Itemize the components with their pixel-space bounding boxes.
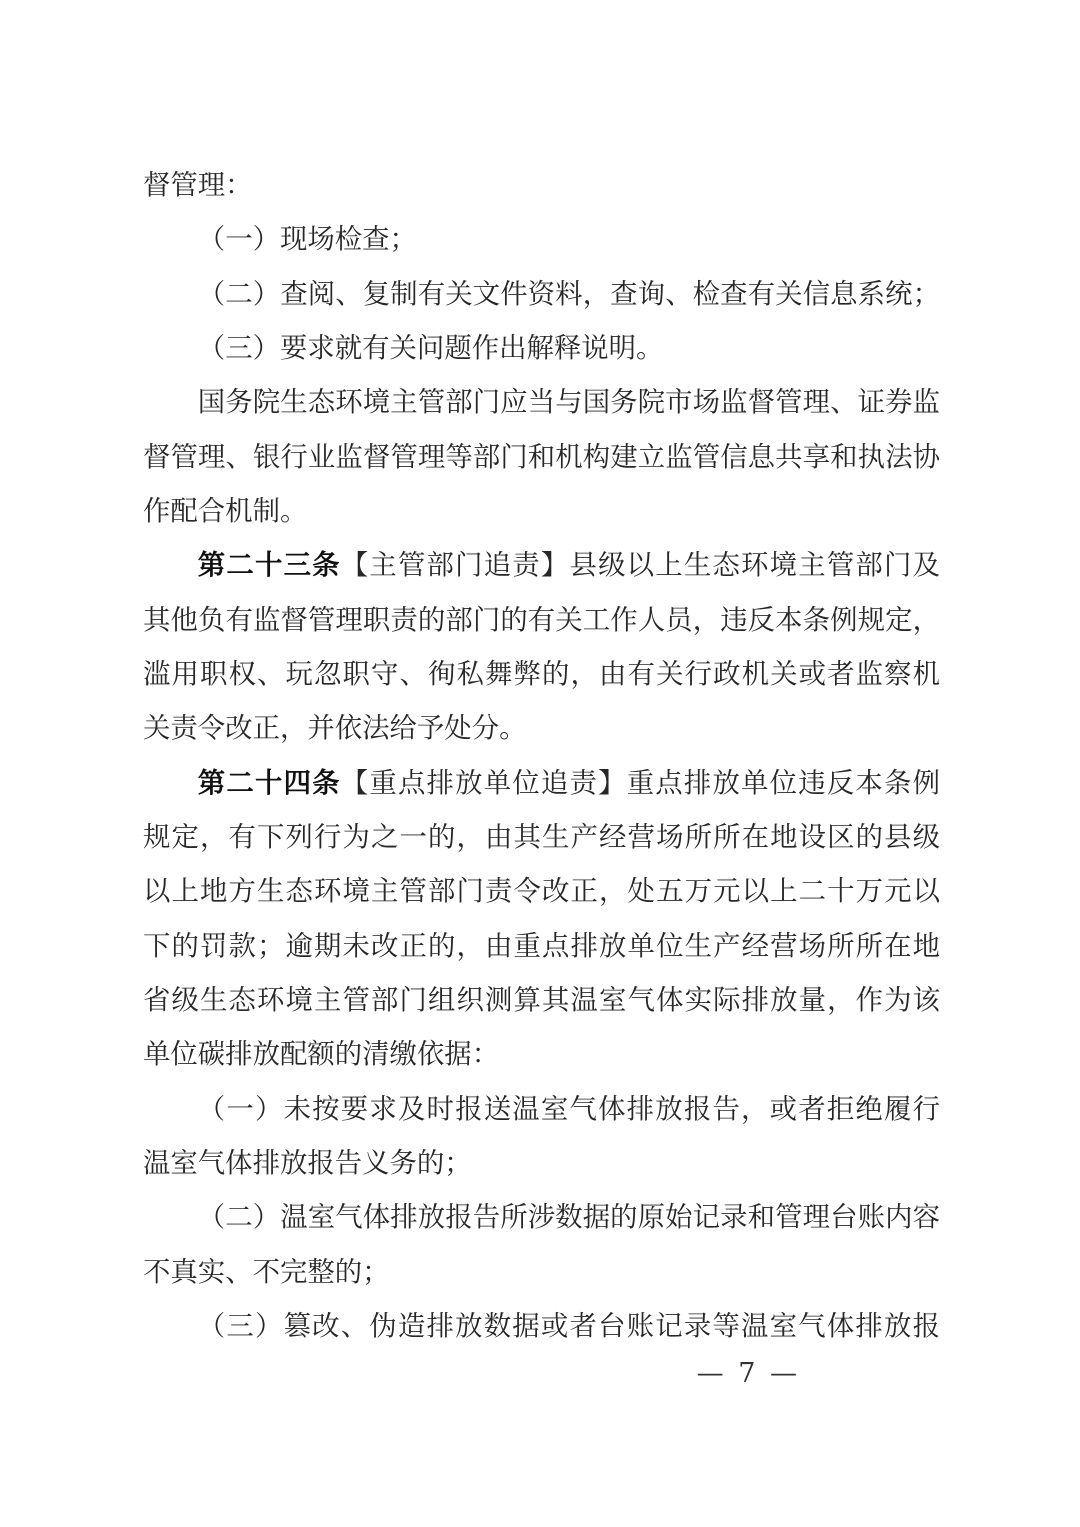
body-text: 作配合机制。 [143, 496, 307, 527]
text-line: 第二十三条【主管部门追责】县级以上生态环境主管部门及 [143, 539, 940, 593]
text-line: 第二十四条【重点排放单位追责】重点排放单位违反本条例 [143, 757, 940, 811]
body-text: 不真实、不完整的； [143, 1257, 390, 1288]
page-number-row: — 7 — [143, 1358, 940, 1389]
body-text: （一）未按要求及时报送温室气体排放报告，或者拒绝履行 [198, 1094, 940, 1125]
article-title: 【重点排放单位追责】 [341, 768, 627, 799]
document-lines: 督管理：（一）现场检查；（二）查阅、复制有关文件资料，查询、检查有关信息系统；（… [143, 159, 940, 1354]
text-line: （二）温室气体排放报告所涉数据的原始记录和管理台账内容 [143, 1191, 940, 1245]
body-text: 县级以上生态环境主管部门及 [570, 550, 940, 581]
text-line: 省级生态环境主管部门组织测算其温室气体实际排放量，作为该 [143, 974, 940, 1028]
body-text: 下的罚款；逾期未改正的，由重点排放单位生产经营场所所在地 [143, 931, 940, 962]
body-text: 温室气体排放报告义务的； [143, 1148, 472, 1179]
text-line: 温室气体排放报告义务的； [143, 1137, 940, 1191]
body-text: 规定，有下列行为之一的，由其生产经营场所所在地设区的县级 [143, 822, 940, 853]
article-number: 第二十三条 [198, 550, 341, 581]
body-text: 省级生态环境主管部门组织测算其温室气体实际排放量，作为该 [143, 985, 940, 1016]
body-text: 单位碳排放配额的清缴依据： [143, 1039, 499, 1070]
text-line: （一）未按要求及时报送温室气体排放报告，或者拒绝履行 [143, 1083, 940, 1137]
text-line: 规定，有下列行为之一的，由其生产经营场所所在地设区的县级 [143, 811, 940, 865]
text-line: 滥用职权、玩忽职守、徇私舞弊的，由有关行政机关或者监察机 [143, 648, 940, 702]
body-text: 以上地方生态环境主管部门责令改正，处五万元以上二十万元以 [143, 876, 940, 907]
text-line: 其他负有监督管理职责的部门的有关工作人员，违反本条例规定， [143, 594, 940, 648]
text-line: （二）查阅、复制有关文件资料，查询、检查有关信息系统； [143, 268, 940, 322]
text-line: 单位碳排放配额的清缴依据： [143, 1028, 940, 1082]
body-text: 督管理、银行业监督管理等部门和机构建立监管信息共享和执法协 [143, 442, 940, 473]
body-text: 重点排放单位违反本条例 [627, 768, 940, 799]
body-text: （一）现场检查； [198, 224, 417, 255]
body-text: 国务院生态环境主管部门应当与国务院市场监督管理、证券监 [198, 387, 940, 418]
text-line: 关责令改正，并依法给予处分。 [143, 702, 940, 756]
article-title: 【主管部门追责】 [341, 550, 570, 581]
document-page: 督管理：（一）现场检查；（二）查阅、复制有关文件资料，查询、检查有关信息系统；（… [0, 0, 1080, 1527]
text-line: 督管理、银行业监督管理等部门和机构建立监管信息共享和执法协 [143, 431, 940, 485]
text-line: （三）篡改、伪造排放数据或者台账记录等温室气体排放报 [143, 1300, 940, 1354]
text-line: 下的罚款；逾期未改正的，由重点排放单位生产经营场所所在地 [143, 920, 940, 974]
text-line: （三）要求就有关问题作出解释说明。 [143, 322, 940, 376]
body-text: 滥用职权、玩忽职守、徇私舞弊的，由有关行政机关或者监察机 [143, 659, 940, 690]
page-number: — 7 — [697, 1358, 800, 1389]
text-line: （一）现场检查； [143, 213, 940, 267]
body-text: （三）要求就有关问题作出解释说明。 [198, 333, 664, 364]
body-text: 其他负有监督管理职责的部门的有关工作人员，违反本条例规定， [143, 605, 940, 636]
body-text: （二）查阅、复制有关文件资料，查询、检查有关信息系统； [198, 279, 940, 310]
body-text: （二）温室气体排放报告所涉数据的原始记录和管理台账内容 [198, 1202, 940, 1233]
text-line: 督管理： [143, 159, 940, 213]
text-line: 不真实、不完整的； [143, 1246, 940, 1300]
text-line: 以上地方生态环境主管部门责令改正，处五万元以上二十万元以 [143, 865, 940, 919]
body-text: （三）篡改、伪造排放数据或者台账记录等温室气体排放报 [198, 1311, 940, 1342]
body-text: 督管理： [143, 170, 253, 201]
text-line: 作配合机制。 [143, 485, 940, 539]
article-number: 第二十四条 [198, 768, 341, 799]
body-text: 关责令改正，并依法给予处分。 [143, 713, 526, 744]
text-line: 国务院生态环境主管部门应当与国务院市场监督管理、证券监 [143, 376, 940, 430]
